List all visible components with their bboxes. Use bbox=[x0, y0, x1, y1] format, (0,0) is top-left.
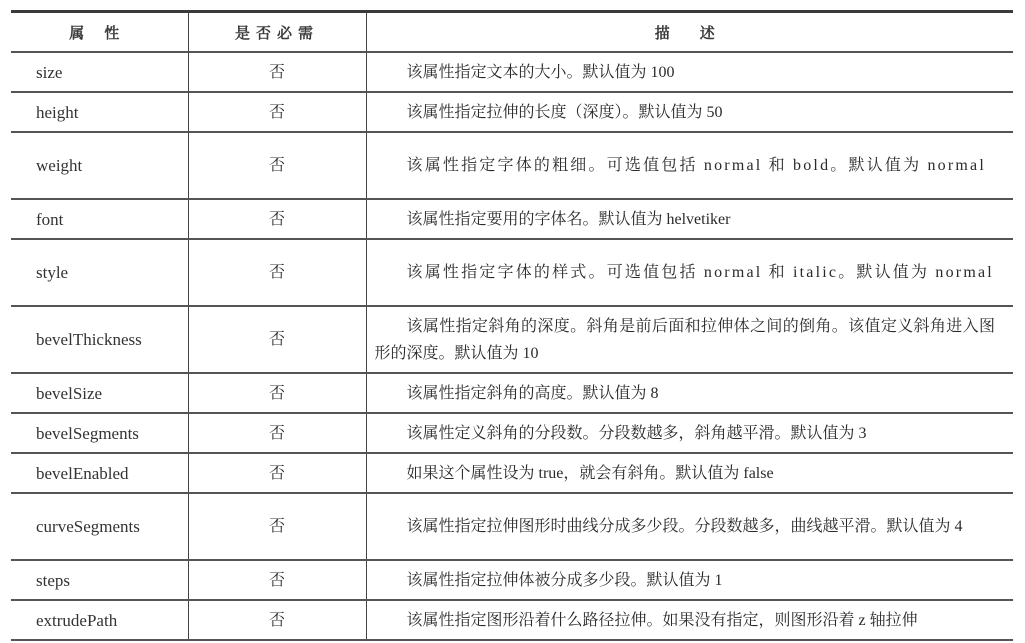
property-required: 否 bbox=[188, 560, 366, 600]
property-name: bevelSegments bbox=[11, 413, 188, 453]
property-name: steps bbox=[11, 560, 188, 600]
table-row: curveSegments 否 该属性指定拉伸图形时曲线分成多少段。分段数越多，… bbox=[11, 493, 1013, 560]
property-description: 该属性指定斜角的深度。斜角是前后面和拉伸体之间的倒角。该值定义斜角进入图形的深度… bbox=[366, 306, 1013, 373]
table-header-row: 属性 是否必需 描述 bbox=[11, 12, 1013, 53]
property-description: 如果这个属性设为 true，就会有斜角。默认值为 false bbox=[366, 453, 1013, 493]
property-name: size bbox=[11, 52, 188, 92]
property-description: 该属性定义斜角的分段数。分段数越多，斜角越平滑。默认值为 3 bbox=[366, 413, 1013, 453]
property-required: 否 bbox=[188, 600, 366, 640]
property-description: 该属性指定斜角的高度。默认值为 8 bbox=[366, 373, 1013, 413]
property-required: 否 bbox=[188, 413, 366, 453]
property-name: style bbox=[11, 239, 188, 306]
property-description: 该属性指定拉伸的长度（深度）。默认值为 50 bbox=[366, 92, 1013, 132]
property-required: 否 bbox=[188, 453, 366, 493]
table-row: bevelThickness 否 该属性指定斜角的深度。斜角是前后面和拉伸体之间… bbox=[11, 306, 1013, 373]
table-row: steps 否 该属性指定拉伸体被分成多少段。默认值为 1 bbox=[11, 560, 1013, 600]
table-row: bevelSegments 否 该属性定义斜角的分段数。分段数越多，斜角越平滑。… bbox=[11, 413, 1013, 453]
property-required: 否 bbox=[188, 373, 366, 413]
property-description: 该属性指定字体的样式。可选值包括 normal 和 italic。默认值为 no… bbox=[366, 239, 1013, 306]
property-name: bevelSize bbox=[11, 373, 188, 413]
property-name: weight bbox=[11, 132, 188, 199]
header-property: 属性 bbox=[11, 12, 188, 53]
property-description: 该属性指定拉伸图形时曲线分成多少段。分段数越多，曲线越平滑。默认值为 4 bbox=[366, 493, 1013, 560]
table-row: extrudePath 否 该属性指定图形沿着什么路径拉伸。如果没有指定，则图形… bbox=[11, 600, 1013, 640]
table-row: weight 否 该属性指定字体的粗细。可选值包括 normal 和 bold。… bbox=[11, 132, 1013, 199]
property-name: curveSegments bbox=[11, 493, 188, 560]
property-name: extrudePath bbox=[11, 600, 188, 640]
table-row: bevelEnabled 否 如果这个属性设为 true，就会有斜角。默认值为 … bbox=[11, 453, 1013, 493]
property-name: height bbox=[11, 92, 188, 132]
property-required: 否 bbox=[188, 493, 366, 560]
table-row: bevelSize 否 该属性指定斜角的高度。默认值为 8 bbox=[11, 373, 1013, 413]
property-required: 否 bbox=[188, 306, 366, 373]
property-required: 否 bbox=[188, 92, 366, 132]
property-name: bevelThickness bbox=[11, 306, 188, 373]
property-description: 该属性指定图形沿着什么路径拉伸。如果没有指定，则图形沿着 z 轴拉伸 bbox=[366, 600, 1013, 640]
property-description: 该属性指定字体的粗细。可选值包括 normal 和 bold。默认值为 norm… bbox=[366, 132, 1013, 199]
property-required: 否 bbox=[188, 52, 366, 92]
property-name: font bbox=[11, 199, 188, 239]
table-row: size 否 该属性指定文本的大小。默认值为 100 bbox=[11, 52, 1013, 92]
properties-table-container: 属性 是否必需 描述 size 否 该属性指定文本的大小。默认值为 100 he… bbox=[11, 10, 1013, 641]
property-name: bevelEnabled bbox=[11, 453, 188, 493]
text-geometry-properties-table: 属性 是否必需 描述 size 否 该属性指定文本的大小。默认值为 100 he… bbox=[11, 10, 1013, 641]
property-required: 否 bbox=[188, 199, 366, 239]
table-row: style 否 该属性指定字体的样式。可选值包括 normal 和 italic… bbox=[11, 239, 1013, 306]
property-required: 否 bbox=[188, 132, 366, 199]
table-row: font 否 该属性指定要用的字体名。默认值为 helvetiker bbox=[11, 199, 1013, 239]
property-description: 该属性指定要用的字体名。默认值为 helvetiker bbox=[366, 199, 1013, 239]
header-description: 描述 bbox=[366, 12, 1013, 53]
property-required: 否 bbox=[188, 239, 366, 306]
property-description: 该属性指定拉伸体被分成多少段。默认值为 1 bbox=[366, 560, 1013, 600]
property-description: 该属性指定文本的大小。默认值为 100 bbox=[366, 52, 1013, 92]
table-row: height 否 该属性指定拉伸的长度（深度）。默认值为 50 bbox=[11, 92, 1013, 132]
header-required: 是否必需 bbox=[188, 12, 366, 53]
